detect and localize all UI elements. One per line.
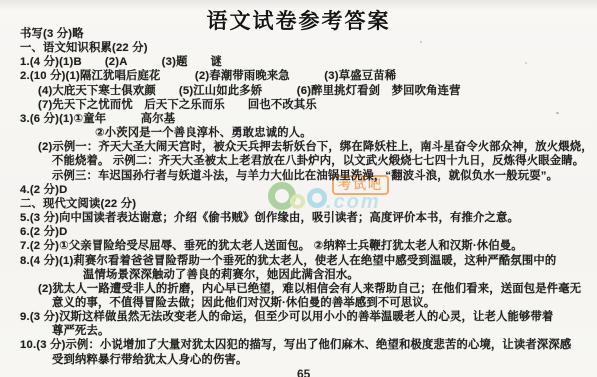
answer-line: (2)示例一：齐天大圣大闹天宫时，被众天兵押去斩妖台下，绑在降妖柱上，南斗星奋令…	[0, 140, 593, 154]
document-body: 书写(3 分)略一、语文知识积累(22 分)1.(4 分)(1)B (2)A (…	[0, 27, 593, 367]
answer-line: 一、语文知识积累(22 分)	[0, 41, 593, 55]
answer-line: 意义的事，不值得冒险去做；因此他们对汉斯·休伯曼的善举感到不可思议。	[0, 296, 593, 310]
answer-line: 1.(4 分)(1)B (2)A (3)题 谜	[0, 55, 593, 69]
answer-line: 10.(3 分)示例：小说增加了大量对犹太囚犯的描写，写出了他们麻木、绝望和极度…	[0, 338, 593, 352]
answer-line: ②小茨冈是一个善良淳朴、勇敢忠诚的人。	[0, 126, 593, 140]
answer-line: 温情场景深深触动了善良的莉赛尔，她因此满含泪水。	[0, 268, 593, 282]
answer-line: 尊严死去。	[0, 324, 593, 338]
answer-line: 书写(3 分)略	[0, 27, 593, 41]
answer-line: 7.(2 分)①父亲冒险给受尽屈辱、垂死的犹太老人送面包。 ②纳粹士兵鞭打犹太老…	[0, 239, 593, 253]
answer-line: (7)先天下之忧而忧 后天下之乐而乐 回也不改其乐	[0, 98, 593, 112]
answer-line: 受到纳粹暴行带给犹太人身心的伤害。	[0, 353, 593, 367]
answer-line: 6.(2 分)D	[0, 225, 593, 239]
answer-line: 9.(3 分)汉斯这样做虽然无法改变老人的命运，但至少可以用小小的善举温暖老人的…	[0, 310, 593, 324]
answer-line: (2)犹太人一路遭受非人的折磨，内心早已绝望，难以相信会有人来帮助自己；在他们看…	[0, 282, 593, 296]
answer-line: 8.(4 分)(1)莉赛尔看着爸爸冒险帮助一个垂死的犹太老人，使老人在绝望中感受…	[0, 254, 593, 268]
scanned-exam-answer-page: 考试吧 .com 语文试卷参考答案 书写(3 分)略一、语文知识积累(22 分)…	[0, 0, 597, 377]
answer-line: 3.(6 分)(1)①童年 高尔基	[0, 112, 593, 126]
answer-line: 4.(2 分)D	[0, 183, 593, 197]
answer-line: 二、现代文阅读(22 分)	[0, 197, 593, 211]
answer-line: (4)大庇天下寒士俱欢颜 (5)江山如此多娇 (6)醉里挑灯看剑 梦回吹角连营	[0, 84, 593, 98]
answer-line: 2.(10 分)(1)隔江犹唱后庭花 (2)春潮带雨晚来急 (3)草盛豆苗稀	[0, 69, 593, 83]
answer-line: 5.(3 分)向中国读者表达谢意；介绍《偷书贼》创作缘由，吸引读者；高度评价本书…	[0, 211, 593, 225]
page-number: 65	[297, 367, 310, 377]
answer-line: 不能烧着。 示例二：齐天大圣被太上老君放在八卦炉内，以文武火煅烧七七四十九日，反…	[0, 154, 593, 168]
answer-line: 示例三：车迟国孙行者与妖道斗法，与羊力大仙比在油锅里洗澡，“翻波斗浪，就似负水一…	[0, 169, 593, 183]
